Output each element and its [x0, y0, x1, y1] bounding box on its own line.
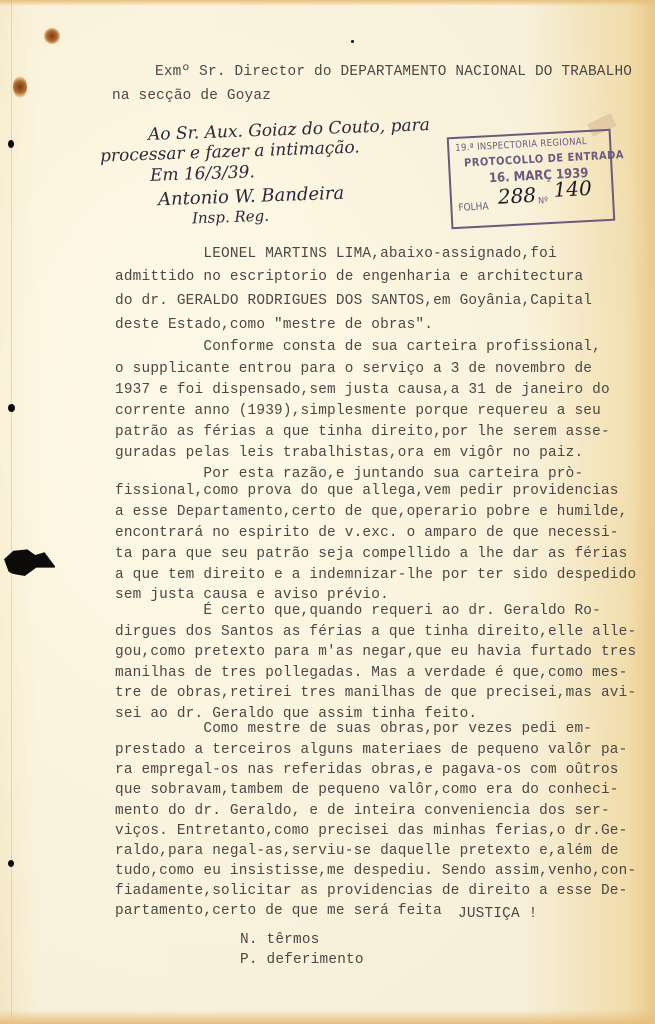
body-line: a esse Departamento,certo de que,operari… — [115, 504, 627, 520]
body-line: que sobravam,tambem de pequeno valôr,com… — [115, 782, 619, 798]
body-line: Como mestre de suas obras,por vezes pedi… — [115, 721, 592, 737]
body-line: mento do dr. Geraldo, e de inteira conve… — [115, 803, 610, 819]
body-line: tudo,como eu insistisse,me despediu. Sen… — [115, 863, 636, 879]
body-line: prestado a terceiros alguns materiaes de… — [115, 742, 627, 758]
addressee-line: Exmº Sr. Director do DEPARTAMENTO NACION… — [155, 64, 632, 80]
body-line: Conforme consta de sua carteira profissi… — [115, 339, 601, 355]
handwritten-title: Insp. Reg. — [192, 207, 270, 228]
punch-hole-mark — [8, 404, 15, 412]
handwritten-note-line: Em 16/3/39. — [150, 162, 256, 186]
margin-line — [11, 0, 12, 1024]
document-page: Exmº Sr. Director do DEPARTAMENTO NACION… — [0, 0, 655, 1024]
body-line: viços. Entretanto,como precisei das minh… — [115, 823, 627, 839]
stamp-folha-label: FOLHA — [458, 201, 489, 214]
addressee-section: na secção de Goyaz — [112, 88, 271, 104]
body-line: fissional,como prova do que allega,vem p… — [115, 483, 619, 499]
ink-dot — [351, 40, 354, 43]
body-line: sei ao dr. Geraldo que assim tinha feito… — [115, 706, 477, 722]
body-line: deste Estado,como "mestre de obras". — [115, 317, 433, 333]
body-line: 1937 e foi dispensado,sem justa causa,a … — [115, 382, 610, 398]
closing-justica: JUSTIÇA ! — [458, 906, 538, 922]
body-line: sem justa causa e aviso prévio. — [115, 587, 389, 603]
body-line: corrente anno (1939),simplesmente porque… — [115, 403, 601, 419]
closing-deferimento: P. deferimento — [240, 952, 364, 968]
body-line: fiadamente,solicitar as providencias de … — [115, 883, 627, 899]
rust-stain — [13, 76, 27, 98]
body-line: manilhas de tres pollegadas. Mas a verda… — [115, 665, 627, 681]
closing-termos: N. têrmos — [240, 932, 320, 948]
body-line: patrão as férias a que tinha direito,por… — [115, 424, 610, 440]
body-line: encontrará no espirito de v.exc. o ampar… — [115, 525, 619, 541]
body-line: do dr. GERALDO RODRIGUES DOS SANTOS,em G… — [115, 293, 592, 309]
body-line: gou,como pretexto para m'as negar,que eu… — [115, 644, 636, 660]
body-line: tre de obras,retirei tres manilhas de qu… — [115, 685, 636, 701]
punch-hole-mark — [8, 140, 14, 148]
rust-stain — [44, 28, 60, 44]
body-line: partamento,certo de que me será feita — [115, 903, 442, 919]
body-line: ta para que seu patrão seja compellido a… — [115, 546, 627, 562]
torn-hole — [4, 548, 56, 576]
body-line: o supplicante entrou para o serviço a 3 … — [115, 361, 592, 377]
body-line: raldo,para negal-as,serviu-se daquelle p… — [115, 843, 619, 859]
body-line: a que tem direito e a indemnizar-lhe por… — [115, 567, 636, 583]
body-line: Por esta razão,e juntando sua carteira p… — [115, 466, 583, 482]
body-line: ra empregal-os nas referidas obras,e pag… — [115, 762, 619, 778]
handwritten-signature: Antonio W. Bandeira — [158, 183, 345, 210]
protocol-stamp: 19.ª INSPECTORIA REGIONAL PROTOCOLLO DE … — [447, 129, 616, 229]
stamp-numero-value: 140 — [553, 176, 592, 202]
paper-edge — [0, 0, 655, 6]
body-line: É certo que,quando requeri ao dr. Gerald… — [115, 603, 601, 619]
punch-hole-mark — [8, 860, 14, 867]
body-line: dirgues dos Santos as férias a que tinha… — [115, 624, 636, 640]
stamp-folha-value: 288 — [497, 183, 536, 209]
body-line: admittido no escriptorio de engenharia e… — [115, 269, 583, 285]
body-line: LEONEL MARTINS LIMA,abaixo-assignado,foi — [115, 246, 557, 262]
stamp-numero-label: Nº — [538, 196, 548, 207]
body-line: guradas pelas leis trabalhistas,ora em v… — [115, 445, 583, 461]
